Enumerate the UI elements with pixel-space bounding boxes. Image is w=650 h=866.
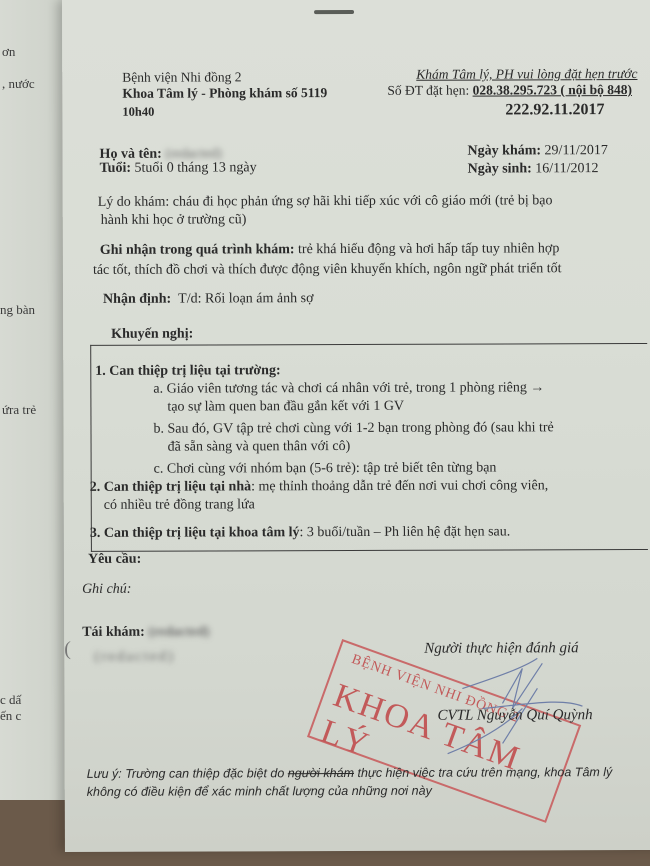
- assessment-label: Nhận định:: [103, 292, 171, 307]
- observation-line-1: trẻ khá hiếu động và hơi hấp tấp tuy nhi…: [294, 241, 559, 257]
- exam-date: 29/11/2017: [545, 143, 608, 158]
- rec-item-1a-line-1: a. Giáo viên tương tác và chơi cá nhân v…: [153, 379, 544, 398]
- rec-item-2-text-2: có nhiều trẻ đồng trang lứa: [104, 496, 255, 515]
- exam-date-label: Ngày khám:: [468, 143, 542, 158]
- birth-date: 16/11/2012: [535, 161, 598, 176]
- patient-age: 5tuổi 0 tháng 13 ngày: [134, 160, 256, 175]
- footer-note-text-a: Trường can thiệp đặc biệt do: [122, 766, 288, 781]
- background-text: , nước: [2, 76, 35, 92]
- staple: [314, 10, 354, 14]
- rec-item-1b-line-1: b. Sau đó, GV tập trẻ chơi cùng với 1-2 …: [153, 419, 553, 438]
- observation-label: Ghi nhận trong quá trình khám:: [100, 242, 295, 258]
- rec-item-2-title: 2. Can thiệp trị liệu tại nhà: [90, 479, 251, 495]
- footer-note-line-2: không có điều kiện để xác minh chất lượn…: [87, 783, 432, 801]
- requirements-label: Yêu cầu:: [88, 551, 141, 569]
- reason-line-2: hành khi học ở trường cũ): [101, 211, 247, 230]
- background-text: ơn: [2, 44, 15, 60]
- signer-name: CVTL Nguyễn Quí Quỳnh: [437, 706, 592, 725]
- reason-line-1: Lý do khám: cháu đi học phản ứng sợ hãi …: [98, 192, 553, 212]
- birth-date-label: Ngày sinh:: [468, 161, 532, 176]
- recommendations-label: Khuyến nghị:: [111, 326, 193, 344]
- background-text: ến c: [0, 708, 21, 724]
- background-text: ứra trẻ: [2, 402, 36, 418]
- observation-line-2: tác tốt, thích đồ chơi và thích được độn…: [93, 260, 562, 280]
- rec-item-1b-line-2: đã sẵn sàng và quen thân với cô): [168, 438, 351, 457]
- medical-report-page: Bệnh viện Nhi đồng 2 Khoa Tâm lý - Phòng…: [62, 0, 650, 852]
- rec-item-1-title: 1. Can thiệp trị liệu tại trường:: [95, 362, 280, 381]
- followup-value-2: (redacted): [94, 648, 175, 666]
- rec-item-3-title: 3. Can thiệp trị liệu tại khoa tâm lý: [90, 525, 300, 541]
- bracket: (: [64, 640, 71, 658]
- signature-scribble: [442, 648, 592, 759]
- department-name: Khoa Tâm lý - Phòng khám số 5119: [122, 85, 327, 102]
- footer-note-text-b: thực hiện việc tra cứu trên mạng, khoa T…: [354, 765, 612, 780]
- footer-note-label: Lưu ý:: [87, 767, 122, 781]
- rec-item-1c: c. Chơi cùng với nhóm bạn (5-6 trẻ): tập…: [154, 459, 497, 478]
- record-code: 222.92.11.2017: [505, 101, 604, 119]
- background-text: ng bàn: [0, 302, 35, 318]
- phone-label: Số ĐT đặt hẹn:: [387, 83, 469, 98]
- rec-item-3-text: : 3 buổi/tuần – Ph liên hệ đặt hẹn sau.: [299, 524, 510, 540]
- notes-label: Ghi chú:: [82, 581, 131, 599]
- followup-value: (redacted): [148, 624, 209, 639]
- rec-item-1a-line-2: tạo sự làm quen ban đầu gắn kết với 1 GV: [167, 398, 404, 417]
- followup-label: Tái khám:: [82, 625, 145, 640]
- phone-number: 028.38.295.723 ( nội bộ 848): [473, 82, 632, 98]
- footer-note-struck: người khám: [288, 766, 354, 780]
- exam-time: 10h40: [122, 104, 154, 120]
- assessment-value: T/d: Rối loạn ám ảnh sợ: [178, 291, 313, 306]
- rec-item-2-text: : mẹ thỉnh thoảng dẫn trẻ đến nơi vui ch…: [251, 478, 548, 494]
- hospital-name: Bệnh viện Nhi đồng 2: [122, 69, 241, 85]
- appointment-note: Khám Tâm lý, PH vui lòng đặt hẹn trước: [416, 66, 637, 83]
- age-label: Tuổi:: [100, 161, 131, 176]
- background-text: c dấ: [0, 692, 21, 708]
